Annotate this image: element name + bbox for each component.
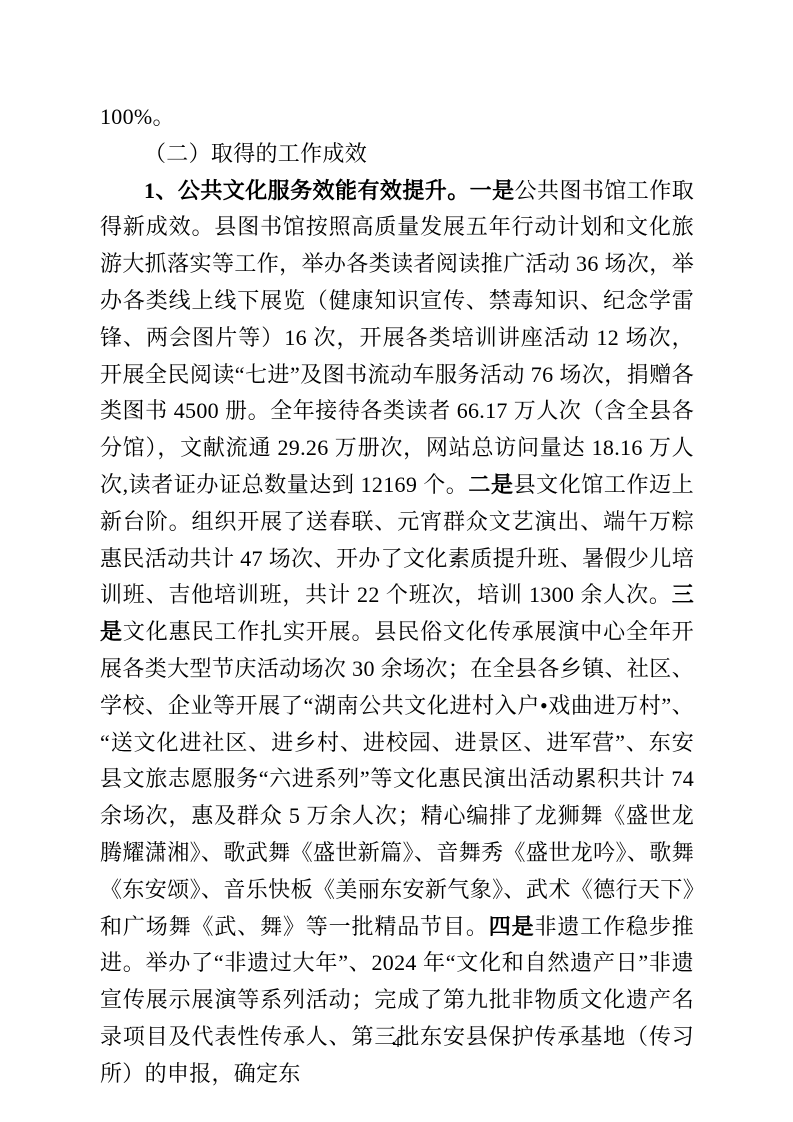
- section-heading: （二）取得的工作成效: [100, 136, 694, 173]
- text-run-benefit-programs: 文化惠民工作扎实开展。县民俗文化传承展演中心全年开展各类大型节庆活动场次 30 …: [100, 619, 694, 938]
- text-run-bold-item4: 四是: [489, 914, 535, 939]
- document-content: 100%。 （二）取得的工作成效 1、公共文化服务效能有效提升。一是公共图书馆工…: [100, 99, 694, 1093]
- text-run-bold-item1: 1、公共文化服务效能有效提升。一是: [144, 178, 515, 203]
- page-number: 4: [0, 1035, 793, 1052]
- body-paragraph: 1、公共文化服务效能有效提升。一是公共图书馆工作取得新成效。县图书馆按照高质量发…: [100, 173, 694, 1093]
- text-run-library: 公共图书馆工作取得新成效。县图书馆按照高质量发展五年行动计划和文化旅游大抓落实等…: [100, 178, 694, 497]
- text-run-bold-item2: 二是: [468, 472, 513, 497]
- text-run-heritage: 非遗工作稳步推进。举办了“非遗过大年”、2024 年“文化和自然遗产日”非遗宣传…: [100, 914, 694, 1086]
- document-page: 100%。 （二）取得的工作成效 1、公共文化服务效能有效提升。一是公共图书馆工…: [0, 0, 793, 1122]
- paragraph-continuation: 100%。: [100, 99, 694, 136]
